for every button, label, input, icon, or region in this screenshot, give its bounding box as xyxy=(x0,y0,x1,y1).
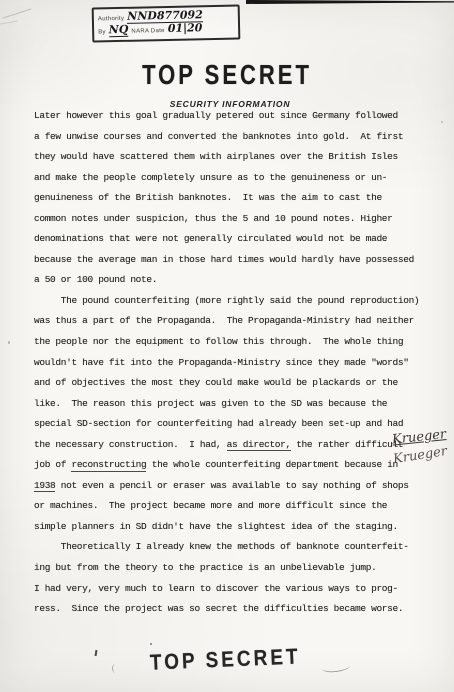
scan-artifact-dot xyxy=(150,643,152,645)
text-line: and make the people completely unsure as… xyxy=(34,172,434,193)
text-line: like. The reason this project was given … xyxy=(34,398,434,419)
by-value-handwritten: NQ xyxy=(109,24,129,37)
text-line: the people nor the equipment to follow t… xyxy=(34,336,434,357)
bottom-top-secret-stamp: TOP SECRET xyxy=(149,645,301,677)
security-information-stamp: SECURITY INFORMATION xyxy=(170,99,291,109)
text-line: special SD-section for counterfeiting ha… xyxy=(34,418,434,439)
text-line: genuineness of the British banknotes. It… xyxy=(34,192,434,213)
text-line: Theoretically I already knew the methods… xyxy=(34,541,434,562)
text-line: job of reconstructing the whole counterf… xyxy=(34,459,434,480)
scan-artifact-speck xyxy=(8,341,10,344)
scan-artifact-corner-line xyxy=(0,20,18,24)
scanned-document-page: Authority NND877092 By NQ NARA Date 01|2… xyxy=(0,0,454,692)
scan-artifact-paren xyxy=(112,664,118,673)
nara-date-value-handwritten: 01|20 xyxy=(168,22,203,34)
nara-date-label: NARA Date xyxy=(131,27,165,36)
declassification-by-row: By NQ NARA Date 01|20 xyxy=(98,22,234,38)
scan-artifact-speck xyxy=(441,121,443,123)
text-line: and of objectives the most they could ma… xyxy=(34,377,434,398)
text-line: simple planners in SD didn't have the sl… xyxy=(34,521,434,542)
text-line: a few unwise courses and converted the b… xyxy=(34,131,434,152)
pencil-underline: as director, xyxy=(227,439,291,452)
text-line: ing but from the theory to the practice … xyxy=(34,562,434,583)
margin-notes: Krueger Krueger xyxy=(392,428,454,463)
by-label: By xyxy=(98,28,106,37)
scan-artifact-squiggle xyxy=(321,660,350,673)
text-line: denominations that were not generally ci… xyxy=(34,233,434,254)
text-line: 1938 not even a pencil or eraser was ava… xyxy=(34,480,434,501)
document-body: Later however this goal gradually petere… xyxy=(34,110,434,624)
declassification-stamp: Authority NND877092 By NQ NARA Date 01|2… xyxy=(92,4,241,42)
text-line: The pound counterfeiting (more rightly s… xyxy=(34,295,434,316)
text-line: wouldn't have fit into the Propaganda-Mi… xyxy=(34,357,434,378)
text-line: ress. Since the project was so secret th… xyxy=(34,603,434,624)
scan-artifact-corner-line xyxy=(3,8,32,18)
pencil-underline: 1938 xyxy=(34,480,55,493)
scan-artifact-top-streak xyxy=(246,0,454,4)
text-line: common notes under suspicion, thus the 5… xyxy=(34,213,434,234)
text-line: I had very, very much to learn to discov… xyxy=(34,583,434,604)
pencil-underline: reconstructing xyxy=(71,459,146,472)
text-line: they would have scattered them with airp… xyxy=(34,151,434,172)
classification-header: TOP SECRET xyxy=(0,62,454,88)
text-line: or machines. The project became more and… xyxy=(34,500,434,521)
text-line: Later however this goal gradually petere… xyxy=(34,110,434,131)
text-line: a 50 or 100 pound note. xyxy=(34,274,434,295)
text-line: was thus a part of the Propaganda. The P… xyxy=(34,315,434,336)
text-line: because the average man in those hard ti… xyxy=(34,254,434,275)
top-secret-stamp: TOP SECRET xyxy=(142,59,312,92)
scan-artifact-tick xyxy=(95,650,98,656)
text-line: the necessary construction. I had, as di… xyxy=(34,439,434,460)
